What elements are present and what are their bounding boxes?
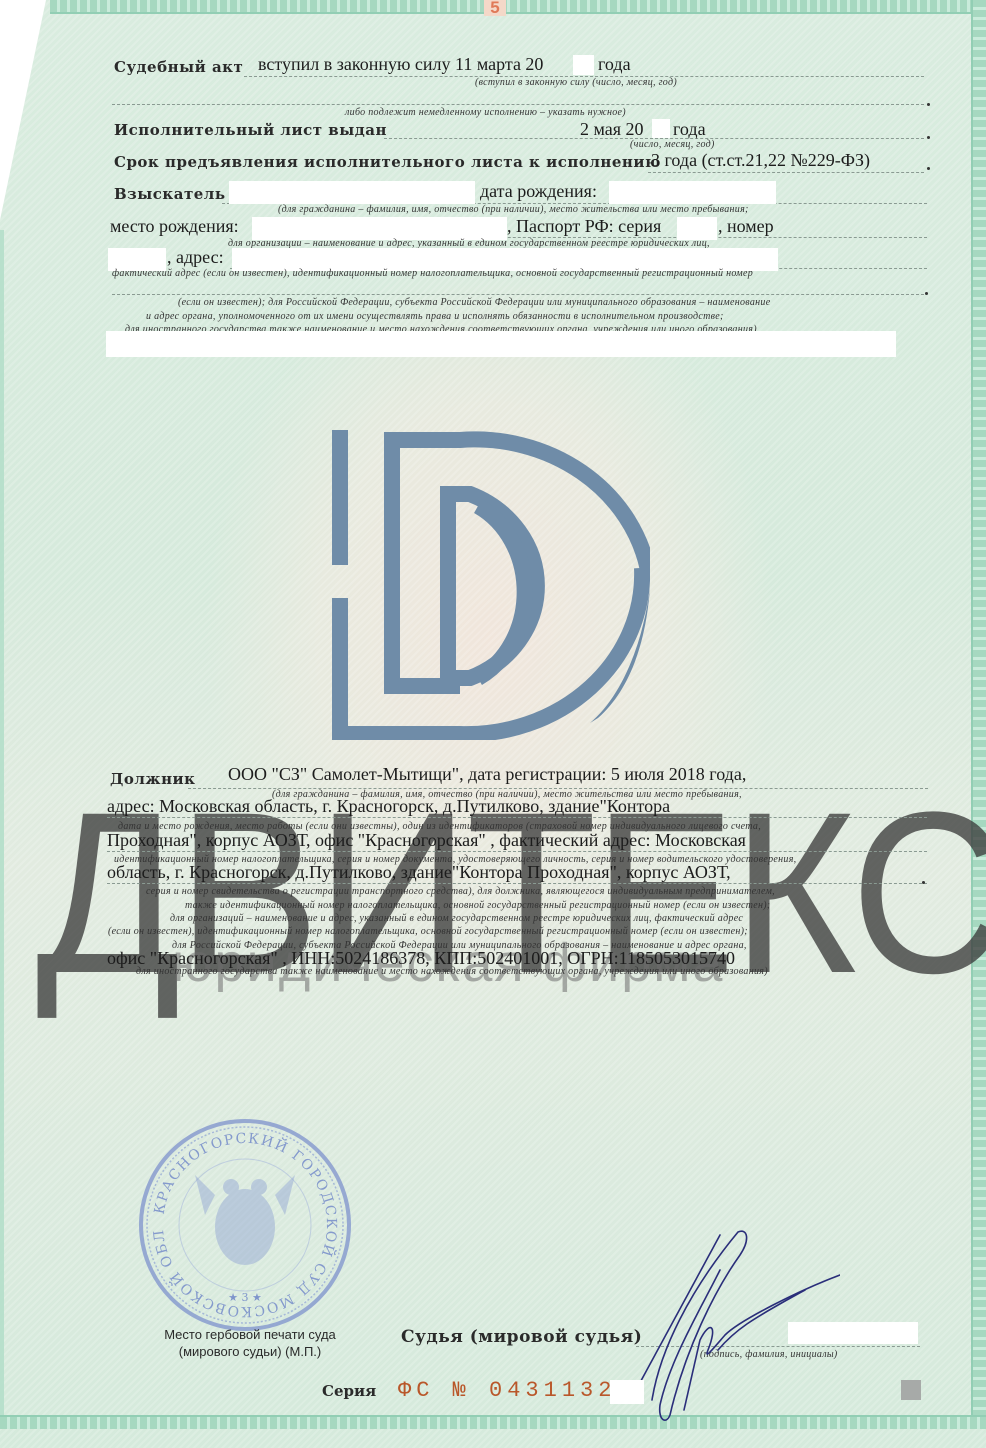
line-end-dot — [927, 103, 930, 106]
debtor-line-2 — [107, 817, 927, 818]
redacted-passport-series — [677, 217, 717, 240]
svg-text:★ 3 ★: ★ 3 ★ — [228, 1291, 262, 1304]
coat-of-arms-icon — [195, 1175, 295, 1265]
court-seal-stamp: КРАСНОГОРСКИЙ ГОРОДСКОЙ СУД МОСКОВСКОЙ О… — [135, 1115, 355, 1335]
debtor-hint-4: серия и номер свидетельства о регистраци… — [146, 886, 775, 897]
judicial-act-label: Судебный акт — [114, 58, 243, 76]
claimant-birthplace-label: место рождения: — [110, 216, 239, 237]
stamp-caption-line-2: (мирового судьи) (М.П.) — [120, 1343, 380, 1360]
claimant-passport-label: , Паспорт РФ: серия — [507, 216, 661, 237]
debtor-hint-9: для иностранного государства также наиме… — [136, 966, 768, 977]
debtor-line-4-text: область, г. Красногорск, д.Путилково, зд… — [107, 862, 731, 883]
line-end-dot — [922, 881, 925, 884]
debtor-line-3-text: Проходная", корпус АОЗТ, офис "Красногор… — [107, 830, 746, 851]
judicial-act-year-suffix: года — [598, 54, 631, 75]
redacted-claimant-extra — [106, 331, 896, 357]
judicial-act-value: вступил в законную силу 11 марта 20 — [258, 54, 543, 75]
claimant-address-label: , адрес: — [167, 247, 224, 268]
writ-issued-label: Исполнительный лист выдан — [114, 121, 387, 139]
line-end-dot — [927, 136, 930, 139]
ornamental-border-right — [971, 0, 986, 1425]
ornamental-border-top — [50, 0, 986, 14]
judicial-act-hint-2: либо подлежит немедленному исполнению – … — [345, 107, 626, 118]
claimant-number-label: , номер — [718, 216, 774, 237]
claimant-line-5 — [112, 294, 924, 295]
claimant-hint-1: (для гражданина – фамилия, имя, отчество… — [278, 204, 749, 215]
debtor-line-3 — [107, 851, 927, 852]
presentation-term-line — [648, 172, 924, 173]
series-label: Серия — [322, 1382, 376, 1400]
claimant-label: Взыскатель — [114, 185, 226, 203]
stamp-caption-line-1: Место гербовой печати суда — [120, 1326, 380, 1343]
debtor-hint-5: также идентификационный номер налогоплат… — [185, 900, 771, 911]
writ-issued-value: 2 мая 20 — [580, 119, 644, 140]
line-end-dot — [925, 292, 928, 295]
debtor-label: Должник — [110, 770, 196, 788]
claimant-hint-5: и адрес органа, уполномоченного от их им… — [146, 311, 724, 322]
line-end-dot — [927, 167, 930, 170]
presentation-term-label: Срок предъявления исполнительного листа … — [114, 153, 661, 171]
page-number: 5 — [484, 0, 506, 16]
judicial-act-line-2 — [112, 104, 924, 105]
writ-issued-hint: (число, месяц, год) — [630, 139, 715, 150]
debtor-line-2-text: адрес: Московская область, г. Красногорс… — [107, 796, 670, 817]
judicial-act-hint: (вступил в законную силу (число, месяц, … — [475, 77, 677, 88]
redacted-birthplace — [252, 217, 507, 240]
redacted-year — [652, 119, 670, 138]
ornamental-border-left — [0, 230, 4, 1415]
debtor-line-1-text: ООО "СЗ" Самолет-Мытищи", дата регистрац… — [228, 764, 746, 785]
claimant-hint-3: фактический адрес (если он известен), ид… — [112, 268, 753, 279]
claimant-birth-date-label: дата рождения: — [480, 181, 597, 202]
debtor-line-4 — [107, 883, 927, 884]
redacted-claimant-name — [229, 181, 475, 204]
redacted-series-digit — [610, 1380, 644, 1404]
debtor-hint-7: (если он известен), идентификационный но… — [108, 926, 748, 937]
redacted-year — [573, 55, 594, 75]
series-number: ФС № 0431132 — [398, 1378, 616, 1403]
claimant-hint-4: (если он известен); для Российской Федер… — [178, 297, 770, 308]
barcode-marker — [901, 1380, 921, 1400]
writ-issued-year-suffix: года — [673, 119, 706, 140]
stamp-caption: Место гербовой печати суда (мирового суд… — [120, 1326, 380, 1360]
presentation-term-value: 3 года (ст.ст.21,22 №229-ФЗ) — [651, 150, 870, 171]
debtor-hint-6: для организаций – наименование и адрес, … — [170, 913, 743, 924]
redacted-birth-date — [609, 181, 776, 204]
dvitex-logo-icon — [330, 428, 650, 740]
